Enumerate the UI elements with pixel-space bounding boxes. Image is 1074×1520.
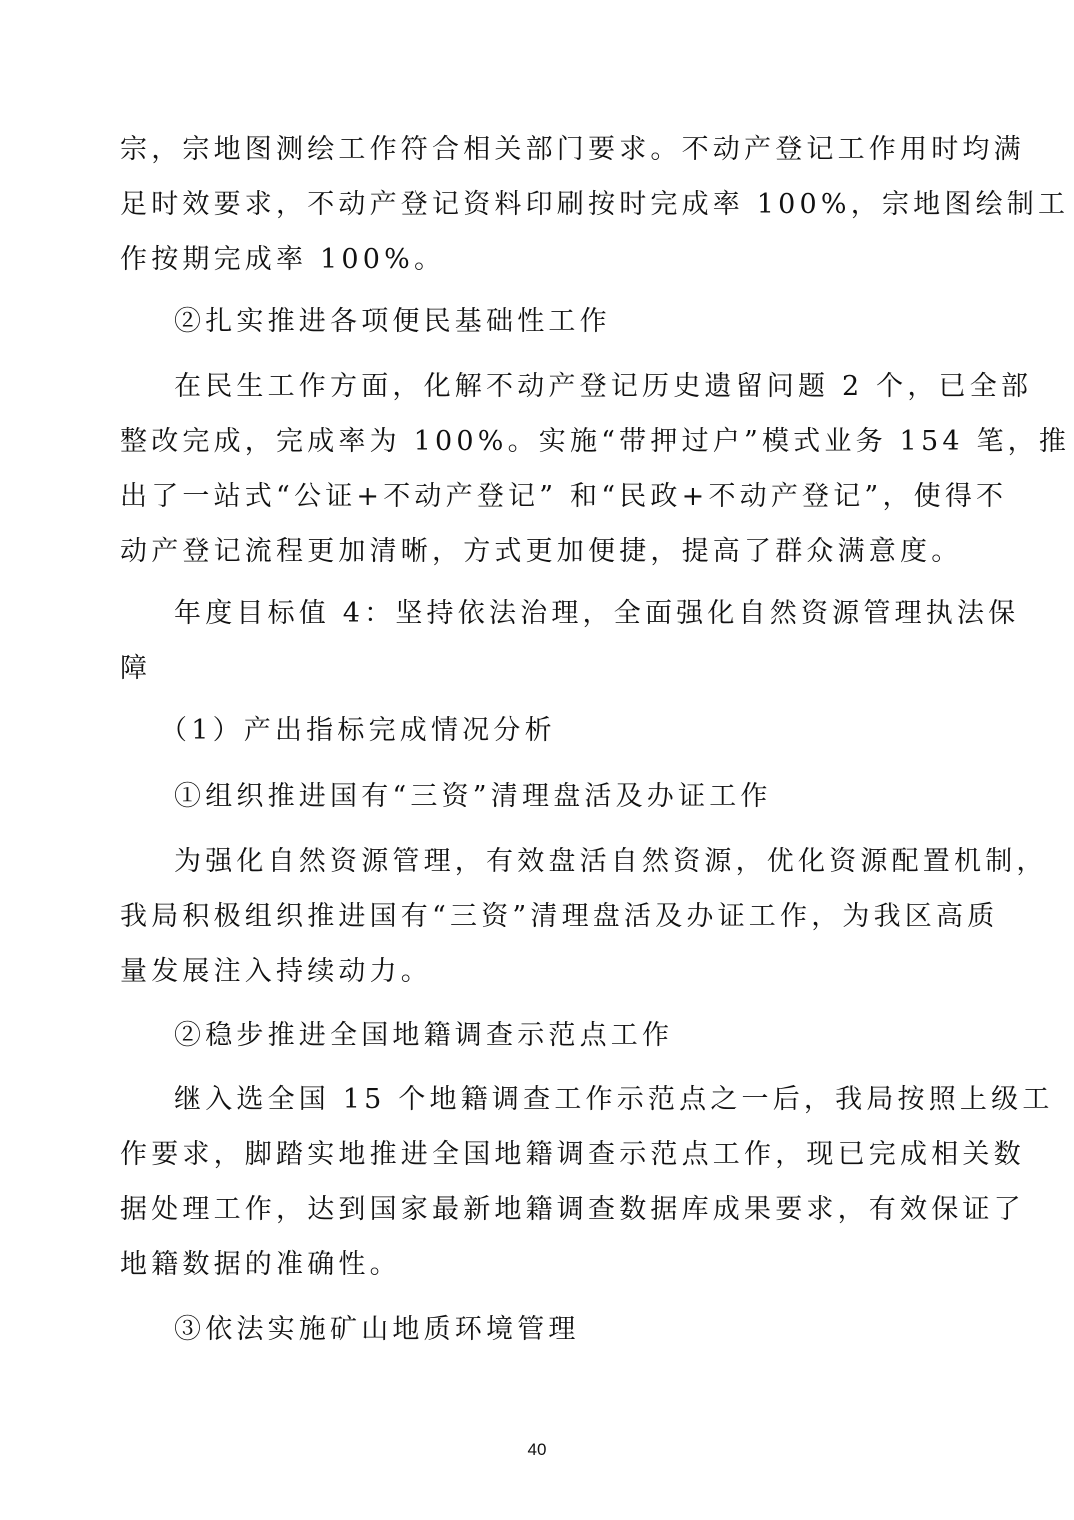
paragraph-line: 动产登记流程更加清晰，方式更加便捷，提高了群众满意度。 — [120, 534, 956, 570]
paragraph-line: 作按期完成率 100%。 — [120, 242, 956, 278]
section-heading: ①组织推进国有“三资”清理盘活及办证工作 — [174, 779, 956, 815]
paragraph-line: 足时效要求，不动产登记资料印刷按时完成率 100%，宗地图绘制工 — [120, 187, 956, 223]
paragraph-line: 整改完成，完成率为 100%。实施“带押过户”模式业务 154 笔，推 — [120, 424, 956, 460]
subsection-heading: （1）产出指标完成情况分析 — [160, 713, 942, 749]
section-heading: ②稳步推进全国地籍调查示范点工作 — [174, 1018, 956, 1054]
paragraph-line: 量发展注入持续动力。 — [120, 954, 956, 990]
page-number: 40 — [0, 1440, 1074, 1460]
paragraph-line: 宗，宗地图测绘工作符合相关部门要求。不动产登记工作用时均满 — [120, 132, 956, 168]
paragraph-line: 在民生工作方面，化解不动产登记历史遗留问题 2 个，已全部 — [174, 369, 956, 405]
paragraph-line: 为强化自然资源管理，有效盘活自然资源，优化资源配置机制， — [174, 844, 956, 880]
target-heading-cont: 障 — [120, 651, 956, 687]
paragraph-line: 出了一站式“公证+不动产登记” 和“民政+不动产登记”，使得不 — [120, 479, 956, 515]
paragraph-line: 据处理工作，达到国家最新地籍调查数据库成果要求，有效保证了 — [120, 1192, 956, 1228]
paragraph-line: 作要求，脚踏实地推进全国地籍调查示范点工作，现已完成相关数 — [120, 1137, 956, 1173]
section-heading: ③依法实施矿山地质环境管理 — [174, 1312, 956, 1348]
paragraph-line: 地籍数据的准确性。 — [120, 1247, 956, 1283]
target-heading: 年度目标值 4：坚持依法治理，全面强化自然资源管理执法保 — [174, 596, 956, 632]
document-page: 宗，宗地图测绘工作符合相关部门要求。不动产登记工作用时均满 足时效要求，不动产登… — [0, 0, 1074, 1520]
paragraph-line: 我局积极组织推进国有“三资”清理盘活及办证工作，为我区高质 — [120, 899, 956, 935]
paragraph-line: 继入选全国 15 个地籍调查工作示范点之一后，我局按照上级工 — [174, 1082, 956, 1118]
section-heading: ②扎实推进各项便民基础性工作 — [174, 304, 956, 340]
